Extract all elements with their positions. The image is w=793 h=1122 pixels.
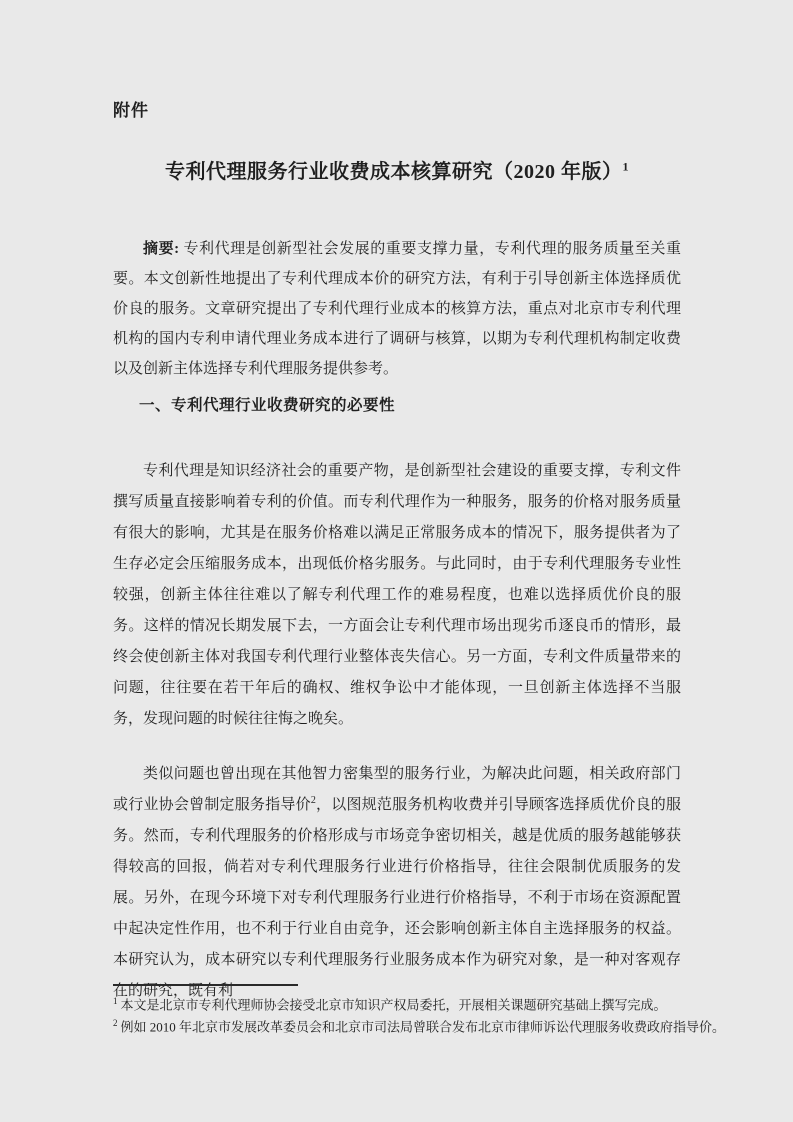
footnote-2-text: 例如 2010 年北京市发展改革委员会和北京市司法局曾联合发布北京市律师诉讼代理…	[121, 1020, 726, 1035]
footnotes-section: 1本文是北京市专利代理师协会接受北京市知识产权局委托，开展相关课题研究基础上撰写…	[113, 984, 693, 1037]
footnote-2-marker: 2	[113, 1018, 118, 1028]
footnote-1-marker: 1	[113, 996, 118, 1006]
attachment-label: 附件	[113, 96, 149, 121]
body-paragraph-2: 类似问题也曾出现在其他智力密集型的服务行业，为解决此问题，相关政府部门或行业协会…	[113, 759, 681, 1007]
footnote-2: 2例如 2010 年北京市发展改革委员会和北京市司法局曾联合发布北京市律师诉讼代…	[113, 1014, 693, 1036]
abstract-paragraph: 摘要: 专利代理是创新型社会发展的重要支撑力量，专利代理的服务质量至关重要。本文…	[113, 234, 681, 384]
title-footnote-ref: 1	[623, 159, 630, 173]
body-paragraph-1: 专利代理是知识经济社会的重要产物，是创新型社会建设的重要支撑，专利文件撰写质量直…	[113, 456, 681, 735]
footnote-separator-rule	[113, 984, 298, 986]
document-title-text: 专利代理服务行业收费成本核算研究（2020 年版）	[165, 161, 623, 183]
footnote-1-text: 本文是北京市专利代理师协会接受北京市知识产权局委托，开展相关课题研究基础上撰写完…	[121, 997, 667, 1012]
section-heading: 一、专利代理行业收费研究的必要性	[113, 393, 681, 415]
footnote-1: 1本文是北京市专利代理师协会接受北京市知识产权局委托，开展相关课题研究基础上撰写…	[113, 992, 693, 1014]
abstract-label: 摘要:	[143, 241, 179, 257]
abstract-text: 专利代理是创新型社会发展的重要支撑力量，专利代理的服务质量至关重要。本文创新性地…	[113, 241, 681, 377]
document-title: 专利代理服务行业收费成本核算研究（2020 年版）1	[113, 155, 681, 184]
paragraph-2-text-after-ref: ，以图规范服务机构收费并引导顾客选择质优价良的服务。然而，专利代理服务的价格形成…	[113, 797, 681, 999]
document-page: 附件 专利代理服务行业收费成本核算研究（2020 年版）1 摘要: 专利代理是创…	[0, 0, 793, 1122]
